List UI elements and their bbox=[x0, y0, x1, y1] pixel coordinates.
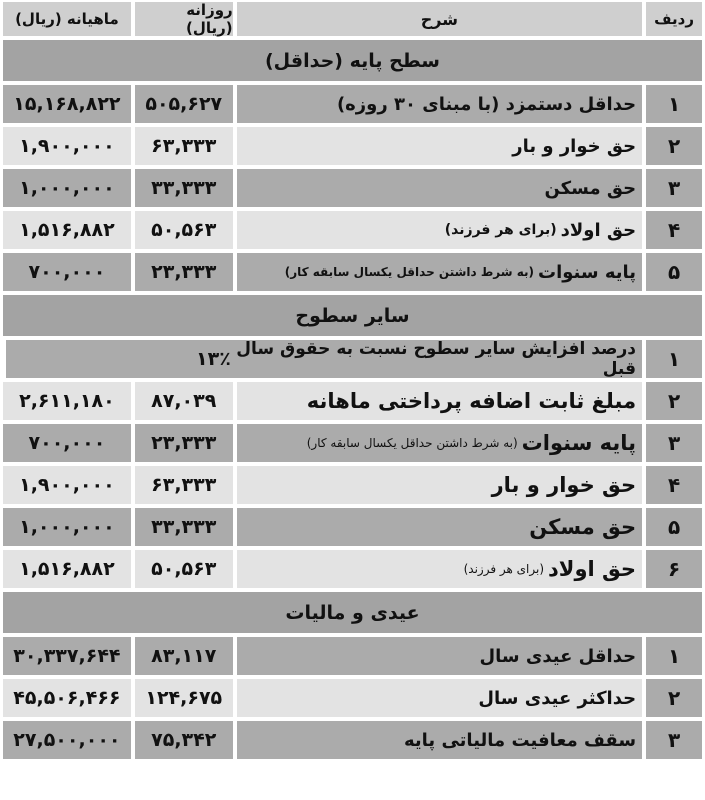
row-daily-value: ۸۳,۱۱۷ bbox=[135, 637, 233, 675]
table-row: ۳ پایه سنوات(به شرط داشتن حداقل یکسال سا… bbox=[3, 424, 702, 462]
table-row: ۵ پایه سنوات(به شرط داشتن حداقل یکسال سا… bbox=[3, 253, 702, 291]
row-number: ۲ bbox=[646, 127, 702, 165]
row-description: حق مسکن bbox=[237, 169, 642, 207]
section-header-bonus-and-tax: عیدی و مالیات bbox=[3, 592, 702, 633]
section-header-base-level: سطح پایه (حداقل) bbox=[3, 40, 702, 81]
description-text: حق خوار و بار bbox=[492, 473, 637, 497]
header-row-num: ردیف bbox=[646, 2, 702, 36]
row-description: حق اولاد(برای هر فرزند) bbox=[237, 211, 642, 249]
table-row: ۲ حق خوار و بار ۶۳,۳۳۳ ۱,۹۰۰,۰۰۰ bbox=[3, 127, 702, 165]
row-monthly-value: ۷۰۰,۰۰۰ bbox=[3, 424, 131, 462]
row-monthly-value: ۱۵,۱۶۸,۸۲۲ bbox=[3, 85, 131, 123]
row-daily-value: ۶۳,۳۳۳ bbox=[135, 127, 233, 165]
row-daily-value: ۶۳,۳۳۳ bbox=[135, 466, 233, 504]
row-description: حق اولاد(برای هر فرزند) bbox=[237, 550, 642, 588]
row-monthly-value: ۱,۹۰۰,۰۰۰ bbox=[3, 127, 131, 165]
row-description: پایه سنوات(به شرط داشتن حداقل یکسال سابق… bbox=[237, 424, 642, 462]
description-text: حداقل عیدی سال bbox=[480, 646, 637, 667]
row-description: حداقل عیدی سال bbox=[237, 637, 642, 675]
description-text: پایه سنوات bbox=[522, 431, 636, 455]
percent-value: ۱۳٪ bbox=[196, 348, 231, 370]
description-text: حداقل دستمزد (با مبنای ۳۰ روزه) bbox=[337, 94, 636, 115]
description-note: (به شرط داشتن حداقل یکسال سابقه کار) bbox=[307, 436, 518, 450]
row-number: ۱ bbox=[646, 340, 702, 378]
description-text: درصد افزایش سایر سطوح نسبت به حقوق سال ق… bbox=[231, 339, 636, 379]
row-number: ۳ bbox=[646, 169, 702, 207]
row-monthly-value: ۲۷,۵۰۰,۰۰۰ bbox=[3, 721, 131, 759]
table-row: ۳ سقف معافیت مالیاتی پایه ۷۵,۳۴۲ ۲۷,۵۰۰,… bbox=[3, 721, 702, 759]
table-header: ردیف شرح روزانه (ریال) ماهیانه (ریال) bbox=[3, 2, 702, 36]
row-number: ۴ bbox=[646, 466, 702, 504]
table-row: ۴ حق اولاد(برای هر فرزند) ۵۰,۵۶۳ ۱,۵۱۶,۸… bbox=[3, 211, 702, 249]
row-number: ۲ bbox=[646, 382, 702, 420]
row-number: ۱ bbox=[646, 85, 702, 123]
description-text: حداکثر عیدی سال bbox=[478, 688, 636, 709]
row-daily-value: ۳۳,۳۳۳ bbox=[135, 169, 233, 207]
row-daily-value: ۸۷,۰۳۹ bbox=[135, 382, 233, 420]
row-monthly-value: ۴۵,۵۰۶,۴۶۶ bbox=[3, 679, 131, 717]
row-number: ۳ bbox=[646, 424, 702, 462]
description-text: حق اولاد bbox=[561, 220, 636, 241]
table-row: ۶ حق اولاد(برای هر فرزند) ۵۰,۵۶۳ ۱,۵۱۶,۸… bbox=[3, 550, 702, 588]
row-description: حداقل دستمزد (با مبنای ۳۰ روزه) bbox=[237, 85, 642, 123]
description-text: پایه سنوات bbox=[538, 262, 636, 283]
row-description: درصد افزایش سایر سطوح نسبت به حقوق سال ق… bbox=[6, 340, 642, 378]
row-monthly-value: ۳۰,۳۳۷,۶۴۴ bbox=[3, 637, 131, 675]
table-row: ۱ حداقل دستمزد (با مبنای ۳۰ روزه) ۵۰۵,۶۲… bbox=[3, 85, 702, 123]
section-title: عیدی و مالیات bbox=[3, 592, 702, 633]
row-monthly-value: ۱,۵۱۶,۸۸۲ bbox=[3, 211, 131, 249]
description-text: حق خوار و بار bbox=[512, 136, 636, 157]
row-monthly-value: ۱,۰۰۰,۰۰۰ bbox=[3, 508, 131, 546]
row-daily-value: ۱۲۴,۶۷۵ bbox=[135, 679, 233, 717]
section-title: سطح پایه (حداقل) bbox=[3, 40, 702, 81]
row-daily-value: ۵۰۵,۶۲۷ bbox=[135, 85, 233, 123]
row-daily-value: ۳۳,۳۳۳ bbox=[135, 508, 233, 546]
description-note: (به شرط داشتن حداقل یکسال سابقه کار) bbox=[285, 265, 534, 279]
row-number: ۲ bbox=[646, 679, 702, 717]
description-text: سقف معافیت مالیاتی پایه bbox=[404, 730, 636, 751]
row-monthly-value: ۷۰۰,۰۰۰ bbox=[3, 253, 131, 291]
row-description: مبلغ ثابت اضافه پرداختی ماهانه bbox=[237, 382, 642, 420]
row-monthly-value: ۱,۹۰۰,۰۰۰ bbox=[3, 466, 131, 504]
row-description: حق مسکن bbox=[237, 508, 642, 546]
row-monthly-value: ۲,۶۱۱,۱۸۰ bbox=[3, 382, 131, 420]
description-text: مبلغ ثابت اضافه پرداختی ماهانه bbox=[307, 389, 636, 413]
row-description: پایه سنوات(به شرط داشتن حداقل یکسال سابق… bbox=[237, 253, 642, 291]
row-number: ۵ bbox=[646, 508, 702, 546]
section-title: سایر سطوح bbox=[3, 295, 702, 336]
row-monthly-value: ۱,۰۰۰,۰۰۰ bbox=[3, 169, 131, 207]
wage-table: ردیف شرح روزانه (ریال) ماهیانه (ریال) سط… bbox=[0, 0, 705, 759]
row-number: ۵ bbox=[646, 253, 702, 291]
header-monthly: ماهیانه (ریال) bbox=[3, 2, 131, 36]
description-note: (برای هر فرزند) bbox=[445, 222, 557, 238]
table-row: ۲ حداکثر عیدی سال ۱۲۴,۶۷۵ ۴۵,۵۰۶,۴۶۶ bbox=[3, 679, 702, 717]
description-text: حق مسکن bbox=[544, 178, 636, 199]
row-number: ۳ bbox=[646, 721, 702, 759]
section-header-other-levels: سایر سطوح bbox=[3, 295, 702, 336]
table-row: ۲ مبلغ ثابت اضافه پرداختی ماهانه ۸۷,۰۳۹ … bbox=[3, 382, 702, 420]
row-daily-value: ۲۳,۳۳۳ bbox=[135, 253, 233, 291]
header-daily: روزانه (ریال) bbox=[135, 2, 233, 36]
table-row: ۵ حق مسکن ۳۳,۳۳۳ ۱,۰۰۰,۰۰۰ bbox=[3, 508, 702, 546]
row-daily-value: ۲۳,۳۳۳ bbox=[135, 424, 233, 462]
row-monthly-value: ۱,۵۱۶,۸۸۲ bbox=[3, 550, 131, 588]
row-number: ۱ bbox=[646, 637, 702, 675]
description-text: حق مسکن bbox=[529, 515, 636, 539]
row-daily-value: ۵۰,۵۶۳ bbox=[135, 550, 233, 588]
row-number: ۶ bbox=[646, 550, 702, 588]
table-row: ۱ حداقل عیدی سال ۸۳,۱۱۷ ۳۰,۳۳۷,۶۴۴ bbox=[3, 637, 702, 675]
description-text: حق اولاد bbox=[548, 557, 636, 581]
table-row: ۱ درصد افزایش سایر سطوح نسبت به حقوق سال… bbox=[3, 340, 702, 378]
row-description: حداکثر عیدی سال bbox=[237, 679, 642, 717]
row-daily-value: ۷۵,۳۴۲ bbox=[135, 721, 233, 759]
row-number: ۴ bbox=[646, 211, 702, 249]
row-description: حق خوار و بار bbox=[237, 466, 642, 504]
row-description: سقف معافیت مالیاتی پایه bbox=[237, 721, 642, 759]
row-daily-value: ۵۰,۵۶۳ bbox=[135, 211, 233, 249]
table-row: ۴ حق خوار و بار ۶۳,۳۳۳ ۱,۹۰۰,۰۰۰ bbox=[3, 466, 702, 504]
header-description: شرح bbox=[237, 2, 642, 36]
table-row: ۳ حق مسکن ۳۳,۳۳۳ ۱,۰۰۰,۰۰۰ bbox=[3, 169, 702, 207]
description-note: (برای هر فرزند) bbox=[464, 562, 544, 576]
row-description: حق خوار و بار bbox=[237, 127, 642, 165]
